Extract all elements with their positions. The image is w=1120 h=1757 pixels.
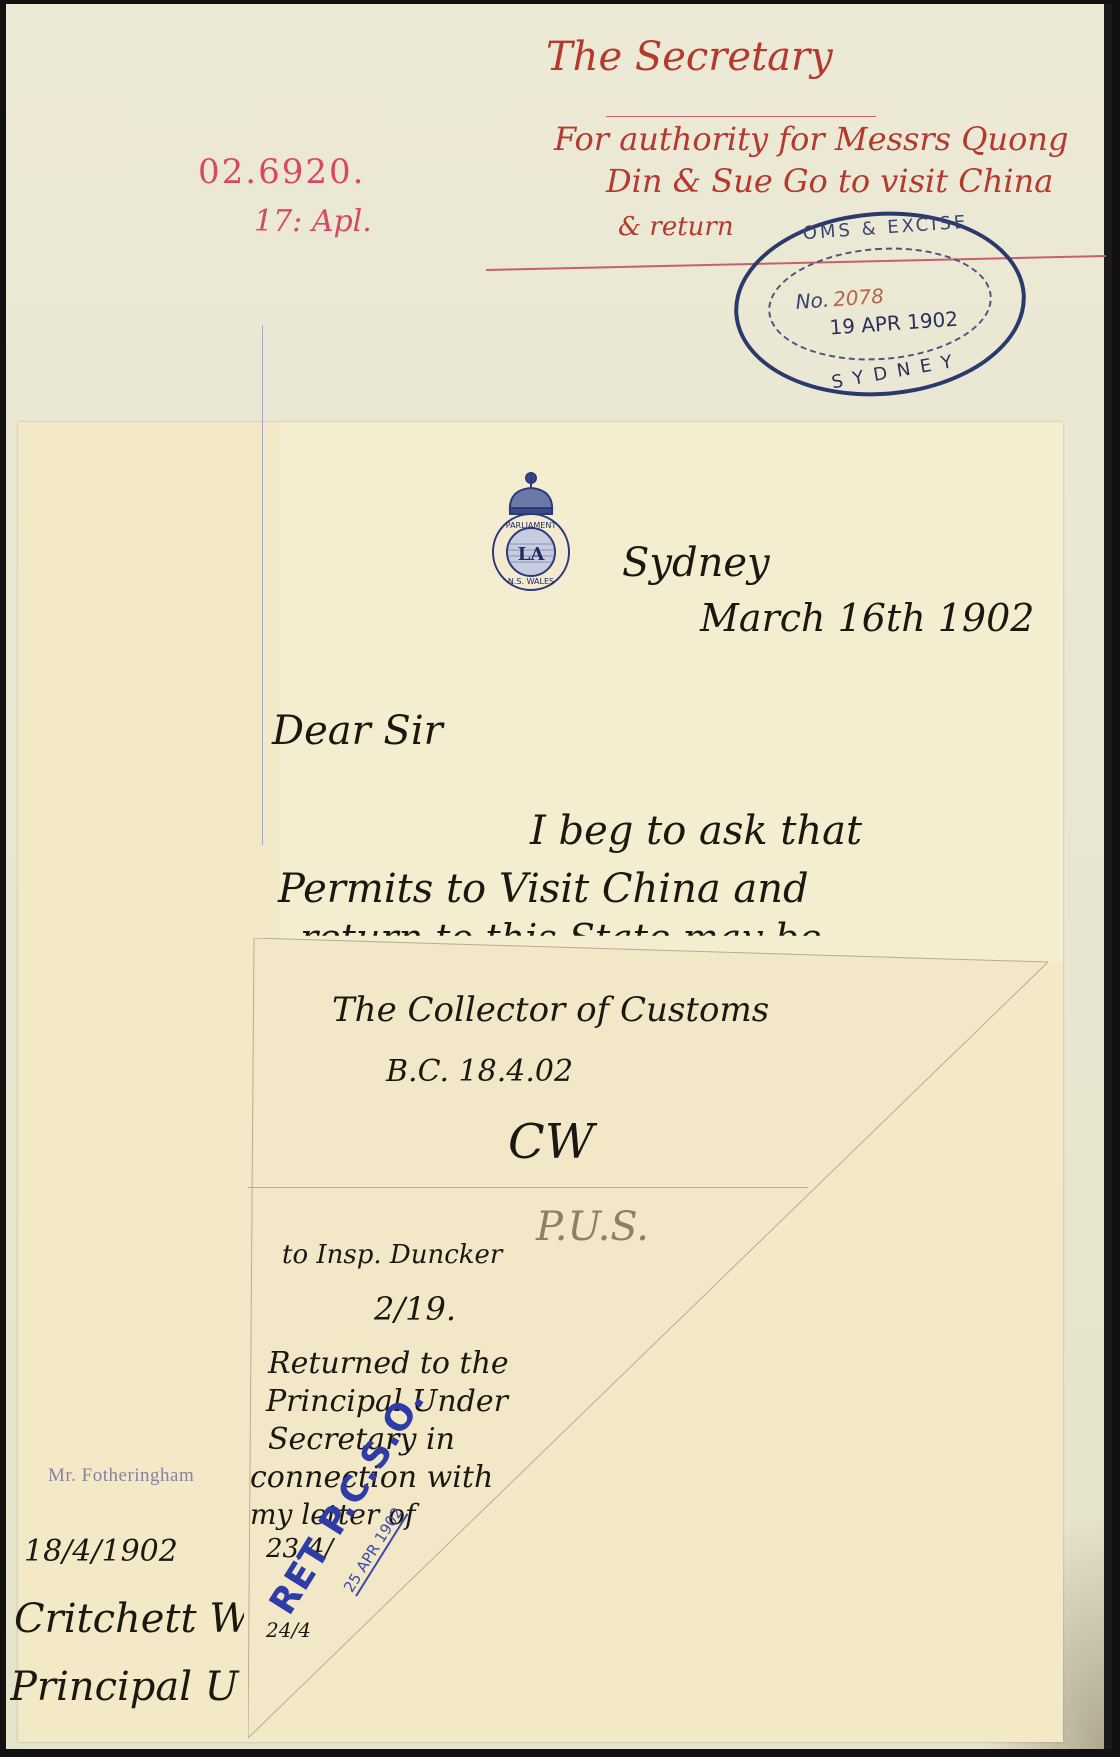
svg-text:LA: LA — [518, 544, 546, 565]
stamp-number-label: No. — [795, 288, 830, 314]
flap-initials: CW — [508, 1114, 594, 1170]
flap-referral: to Insp. Duncker — [282, 1240, 502, 1270]
stamp-number-value: 2078 — [832, 284, 884, 311]
customs-stamp: OMS & EXCISE No.2078 19 APR 1902 SYDNEY — [728, 202, 1032, 406]
letter-place: Sydney — [622, 540, 770, 586]
letter-salutation: Dear Sir — [272, 708, 443, 754]
letter-body-line-2: Permits to Visit China and — [278, 866, 809, 912]
stamp-top-text: OMS & EXCISE — [802, 212, 969, 245]
docket-subject-line-2: Din & Sue Go to visit China — [606, 162, 1053, 200]
docket-subject-line-3: & return — [618, 212, 734, 242]
svg-text:N.S. WALES: N.S. WALES — [508, 577, 554, 586]
typed-name-stamp: Mr. Fotheringham — [48, 1465, 194, 1487]
flap-ruled-line — [248, 1187, 808, 1188]
annotation-title: Principal U — [10, 1664, 246, 1710]
letter-margin-line — [262, 325, 263, 845]
letter-date: March 16th 1902 — [700, 596, 1034, 640]
docket-underline — [606, 116, 876, 117]
folded-flap — [248, 938, 1048, 1748]
docket-number: 02.6920. — [198, 152, 365, 192]
flap-ref-number: 2/19. — [374, 1290, 456, 1328]
docket-addressee: The Secretary — [546, 34, 833, 80]
flap-returned-line-1: Returned to the — [268, 1346, 509, 1381]
flap-initials-pus: P.U.S. — [536, 1204, 649, 1250]
annotation-signature: Critchett Walker — [14, 1596, 244, 1642]
flap-footer-date: 24/4 — [266, 1618, 311, 1642]
letter-body-line-1: I beg to ask that — [530, 808, 862, 854]
docket-subject-line-1: For authority for Messrs Quong — [554, 120, 1068, 158]
flap-date: B.C. 18.4.02 — [386, 1054, 573, 1089]
annotation-date: 18/4/1902 — [24, 1534, 178, 1569]
flap-addressee: The Collector of Customs — [332, 990, 769, 1030]
parliament-crest-icon: LA PARLIAMENT N.S. WALES — [488, 468, 574, 592]
docket-date: 17: Apl. — [254, 204, 372, 239]
svg-text:PARLIAMENT: PARLIAMENT — [506, 521, 557, 530]
